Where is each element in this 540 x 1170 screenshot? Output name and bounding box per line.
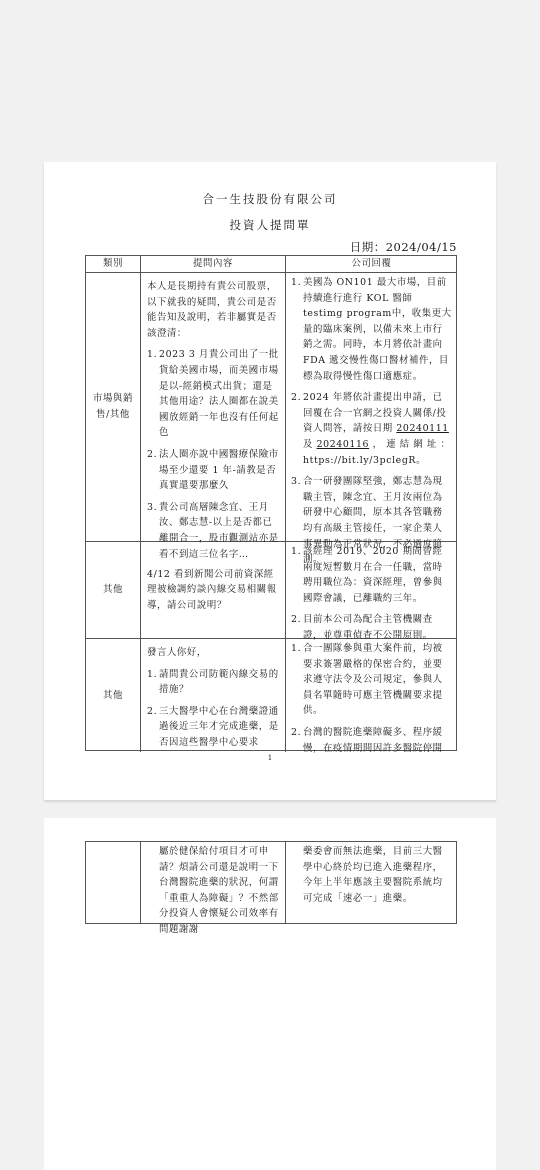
question-item: 2.三大醫學中心在台灣藥證通過後近三年才完成進藥，是否因這些醫學中心要求 [147, 704, 279, 751]
row-answer: 藥委會而無法進藥，目前三大醫學中心終於均已進入進藥程序，今年上半年應該主要醫院系… [286, 842, 457, 923]
question-item: 2.法人圈亦說中國醫療保險市場至少還要 1 年-請教是否真實還要那麼久 [147, 447, 279, 494]
question-intro: 4/12 看到新聞公司前資深經理被檢調約談內線交易相關報導，請公司說明？ [147, 567, 279, 614]
header-answer: 公司回覆 [286, 256, 457, 272]
table-row: 其他 4/12 看到新聞公司前資深經理被檢調約談內線交易相關報導，請公司說明？ … [86, 542, 456, 639]
row-question: 發言人你好， 1.請問貴公司防範內線交易的措施？ 2.三大醫學中心在台灣藥證通過… [141, 639, 286, 752]
date-label: 日期： [350, 240, 386, 254]
table-header-row: 類別 提問內容 公司回覆 [86, 256, 456, 273]
row-question: 本人是長期持有貴公司股票，以下就我的疑問，貴公司是否能告知及說明，若非屬實是否該… [141, 273, 286, 541]
qa-table-continued: 屬於健保給付項目才可申請？煩請公司還是說明一下台灣醫院進藥的狀況，何謂「重重人為… [85, 841, 457, 924]
question-item: 1.請問貴公司防範內線交易的措施？ [147, 667, 279, 698]
row-question: 屬於健保給付項目才可申請？煩請公司還是說明一下台灣醫院進藥的狀況，何謂「重重人為… [141, 842, 286, 923]
row-answer: 1.美國為 ON101 最大市場，目前持續進行進行 KOL 醫師 testimg… [286, 273, 457, 541]
question-item: 1.2023 3 月貴公司出了一批貨給美國市場，而美國市場是以-經銷模式出貨；還… [147, 347, 279, 441]
answer-item: 2.台灣的醫院進藥障礙多、程序緩慢，在疫情期間因許多醫院停開 [291, 725, 452, 756]
question-intro: 本人是長期持有貴公司股票，以下就我的疑問，貴公司是否能告知及說明，若非屬實是否該… [147, 279, 279, 341]
row-category: 其他 [86, 639, 141, 752]
date-link-20240116[interactable]: 20240116 [317, 439, 370, 450]
company-title: 合一生技股份有限公司 [44, 191, 496, 207]
table-row: 市場與銷售/其他 本人是長期持有貴公司股票，以下就我的疑問，貴公司是否能告知及說… [86, 273, 456, 542]
row-category [86, 842, 141, 923]
row-category: 其他 [86, 542, 141, 638]
table-row: 其他 發言人你好， 1.請問貴公司防範內線交易的措施？ 2.三大醫學中心在台灣藥… [86, 639, 456, 752]
date-value: 2024/04/15 [386, 240, 457, 254]
table-row-continued: 屬於健保給付項目才可申請？煩請公司還是說明一下台灣醫院進藥的狀況，何謂「重重人為… [86, 842, 456, 923]
row-category: 市場與銷售/其他 [86, 273, 141, 541]
answer-item: 1.合一團隊參與重大案件前，均被要求簽署嚴格的保密合約，並要求遵守法令及公司規定… [291, 641, 452, 719]
page-number: 1 [44, 754, 496, 762]
answer-item: 1.美國為 ON101 最大市場，目前持續進行進行 KOL 醫師 testimg… [291, 275, 452, 384]
row-answer: 1.該經理 2019、2020 期間曾經兩度短暫數月在合一任職，當時聘用職位為：… [286, 542, 457, 638]
header-category: 類別 [86, 256, 141, 272]
form-title: 投資人提問單 [44, 217, 496, 233]
row-answer: 1.合一團隊參與重大案件前，均被要求簽署嚴格的保密合約，並要求遵守法令及公司規定… [286, 639, 457, 752]
answer-continued: 藥委會而無法進藥，目前三大醫學中心終於均已進入進藥程序，今年上半年應該主要醫院系… [303, 846, 443, 904]
question-intro: 發言人你好， [147, 645, 279, 661]
answer-item: 2.2024 年將依計畫提出申請，已回覆在合一官網之投資人關係/投資人問答，請按… [291, 390, 452, 468]
row-question: 4/12 看到新聞公司前資深經理被檢調約談內線交易相關報導，請公司說明？ [141, 542, 286, 638]
qa-table: 類別 提問內容 公司回覆 市場與銷售/其他 本人是長期持有貴公司股票，以下就我的… [85, 255, 457, 751]
document-page-1: 合一生技股份有限公司 投資人提問單 日期：2024/04/15 類別 提問內容 … [44, 162, 496, 800]
document-date: 日期：2024/04/15 [350, 239, 457, 255]
date-link-20240111[interactable]: 20240111 [396, 423, 449, 434]
document-page-2: 屬於健保給付項目才可申請？煩請公司還是說明一下台灣醫院進藥的狀況，何謂「重重人為… [44, 818, 496, 1170]
answer-item: 1.該經理 2019、2020 期間曾經兩度短暫數月在合一任職，當時聘用職位為：… [291, 544, 452, 606]
question-continued: 屬於健保給付項目才可申請？煩請公司還是說明一下台灣醫院進藥的狀況，何謂「重重人為… [159, 846, 279, 935]
header-question: 提問內容 [141, 256, 286, 272]
